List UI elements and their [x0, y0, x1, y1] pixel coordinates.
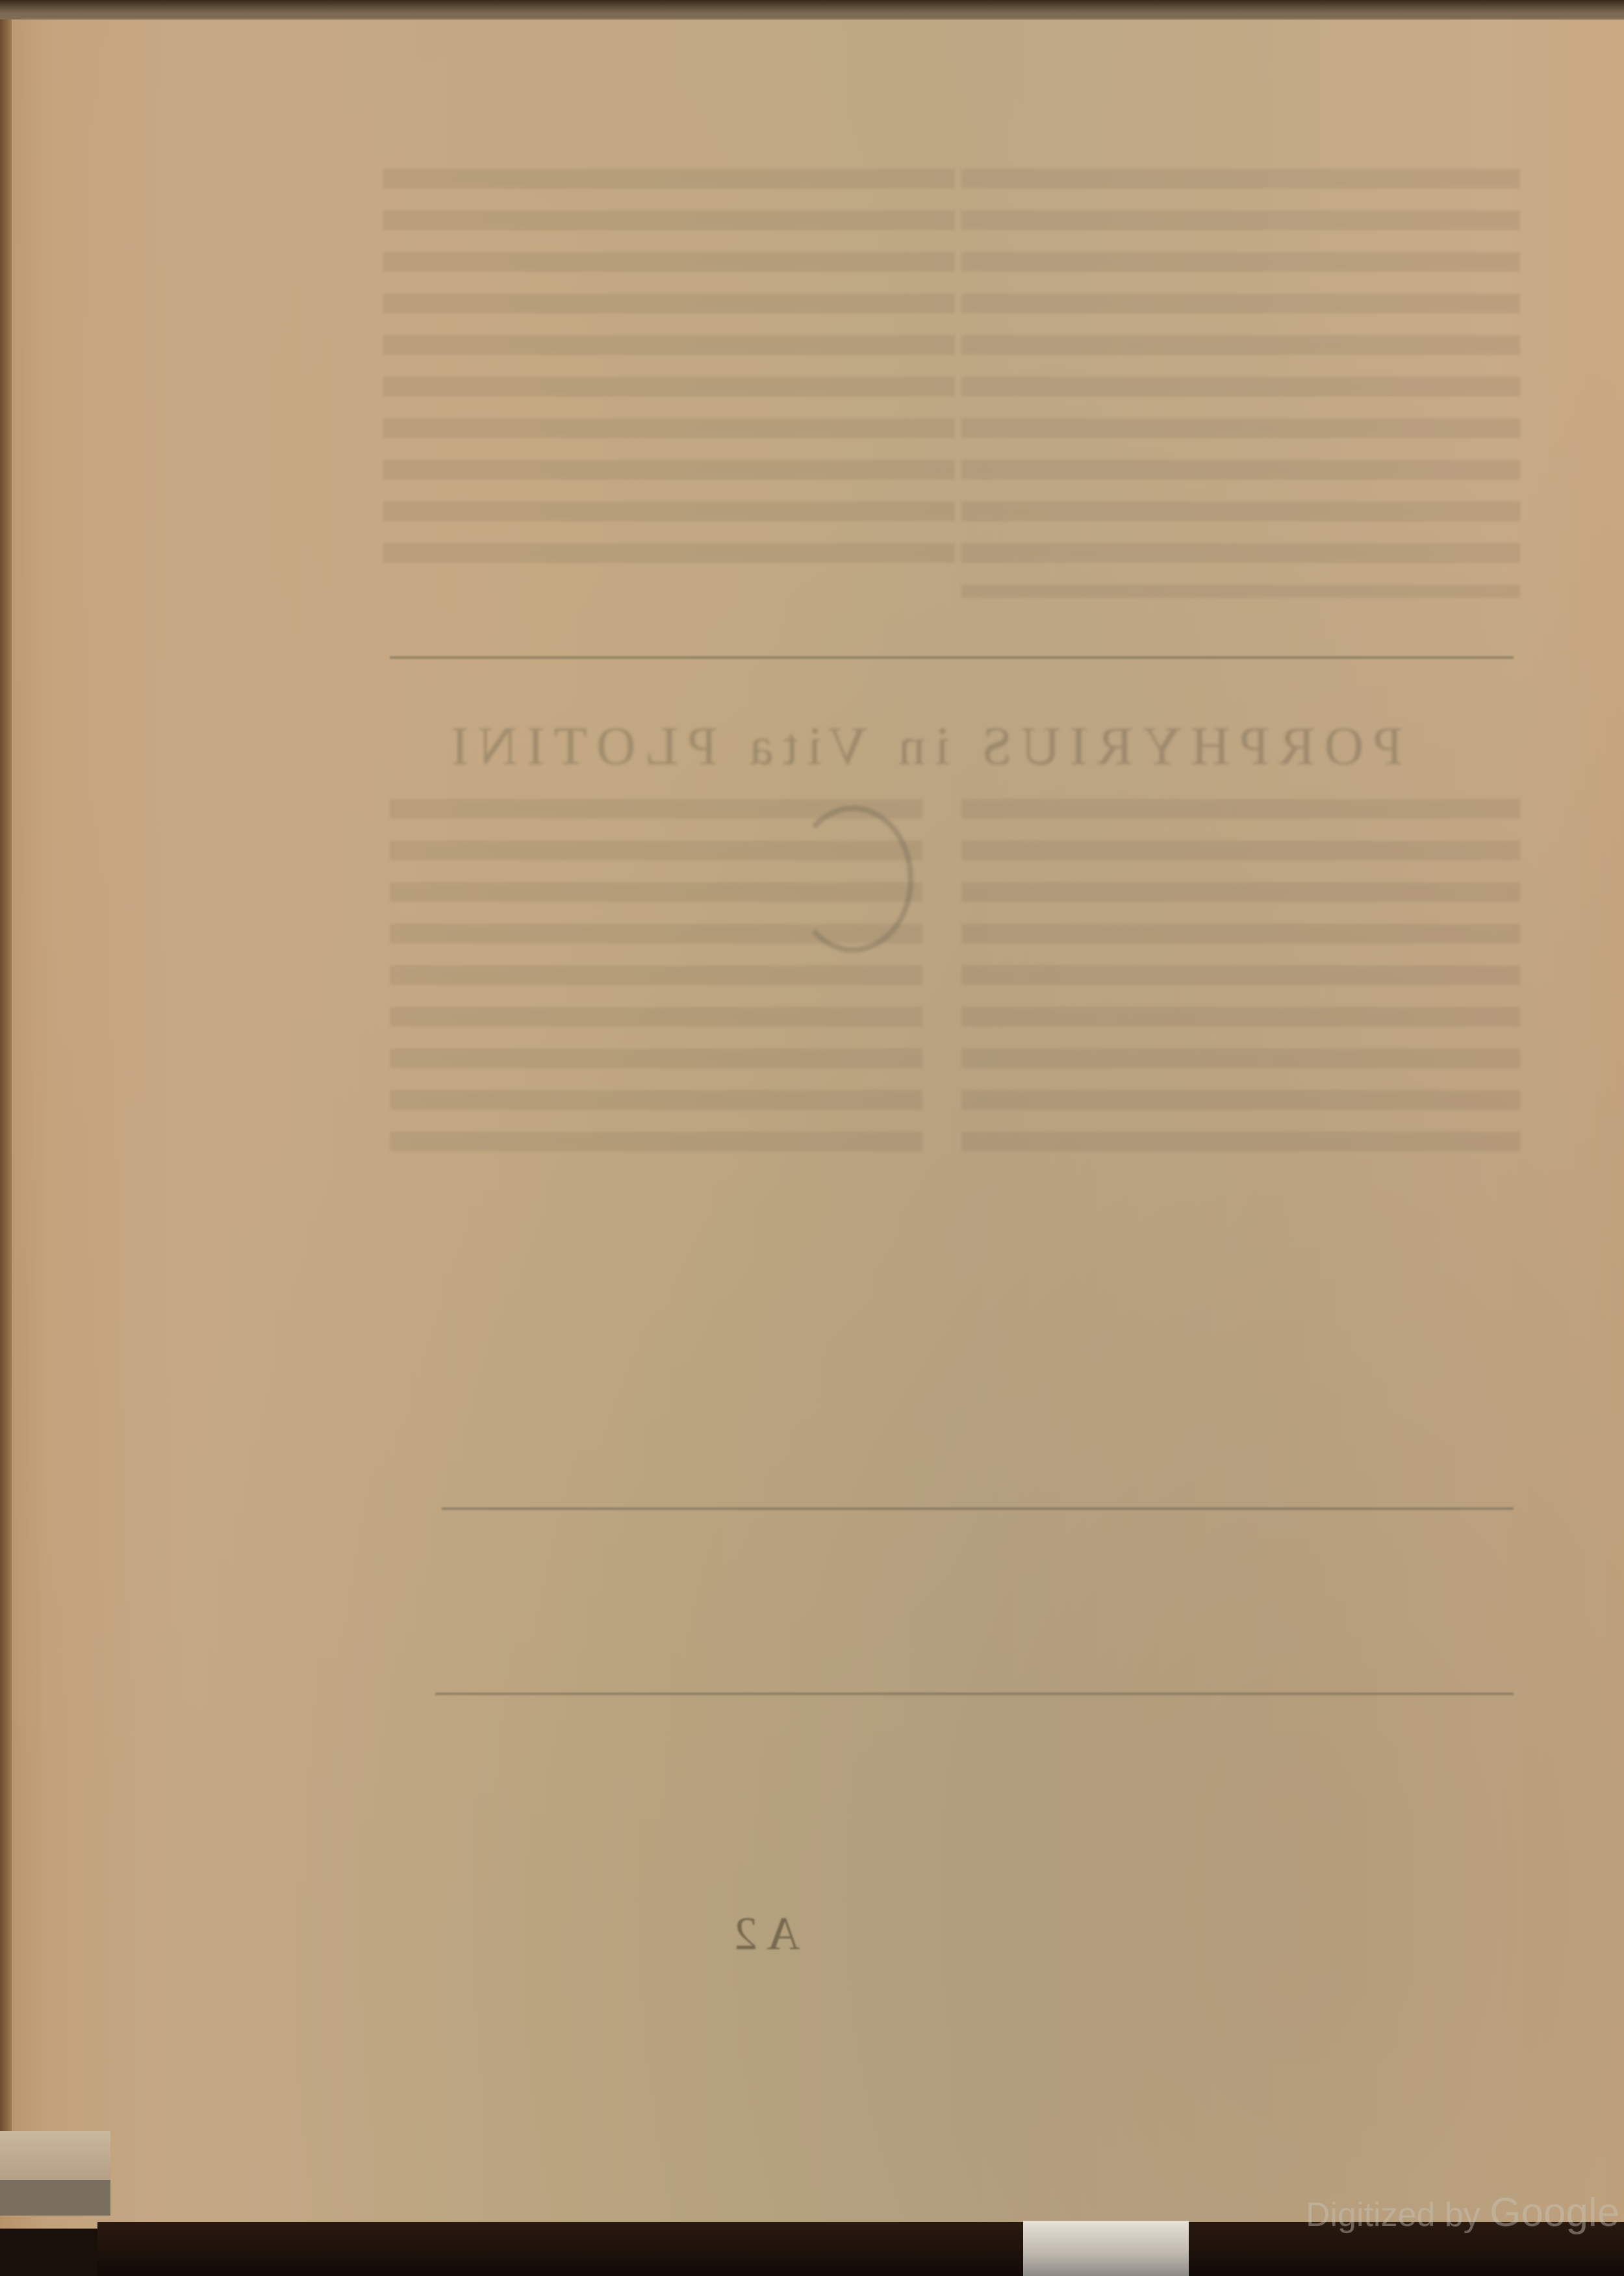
horizontal-rule-bottom [435, 1693, 1514, 1695]
page-clip [1023, 2221, 1189, 2276]
digitized-by-watermark: Digitized by Google [1306, 2190, 1619, 2236]
watermark-prefix: Digitized by [1306, 2196, 1480, 2234]
showthrough-column-right-top [961, 169, 1520, 598]
showthrough-heading: PORPHYRIUS in Vita PLOTINI [403, 715, 1442, 786]
showthrough-column-right-bottom [961, 799, 1520, 1157]
showthrough-column-left-top [383, 169, 955, 565]
horizontal-rule-top [390, 656, 1514, 659]
book-page: PORPHYRIUS in Vita PLOTINI A 2 [0, 19, 1624, 2229]
signature-mark: A 2 [734, 1907, 800, 1961]
page-corner-tab-shadow [0, 2180, 110, 2216]
watermark-brand: Google [1490, 2190, 1619, 2235]
page-left-edge [0, 19, 12, 2216]
horizontal-rule-middle [442, 1507, 1514, 1510]
showthrough-drop-cap [793, 806, 913, 953]
